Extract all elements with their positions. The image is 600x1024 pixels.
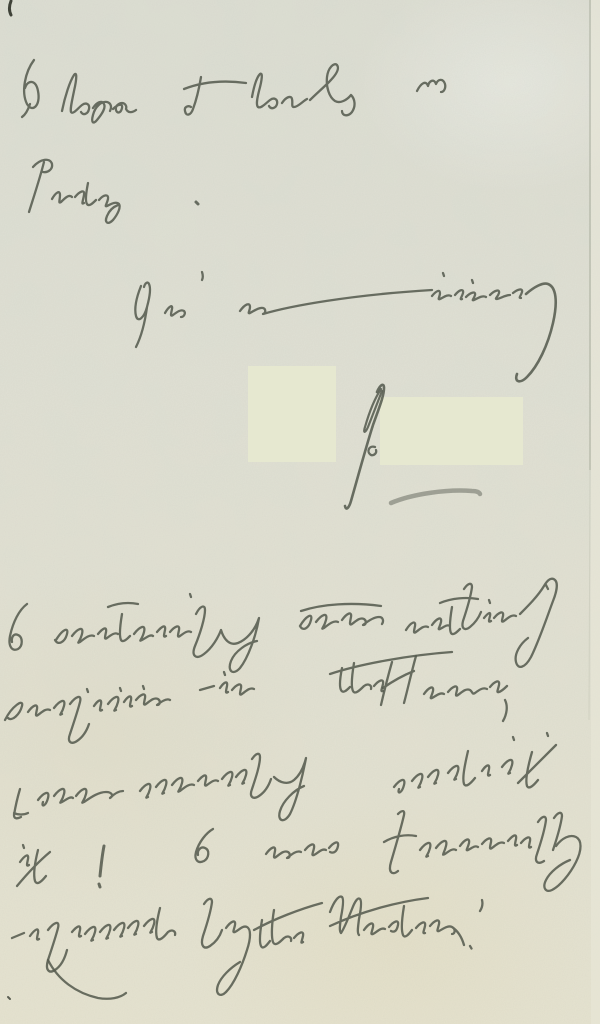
- corner-mark-top-left: [10, 1, 12, 15]
- redaction-box-right: [380, 397, 523, 465]
- speck-bottom-left: [8, 997, 10, 999]
- paper-blotches: [0, 0, 600, 1024]
- letter-page: [0, 0, 600, 1024]
- redaction-box-left: [248, 366, 336, 462]
- page-edge-strip: [591, 0, 600, 1024]
- scan-svg: [0, 0, 600, 1024]
